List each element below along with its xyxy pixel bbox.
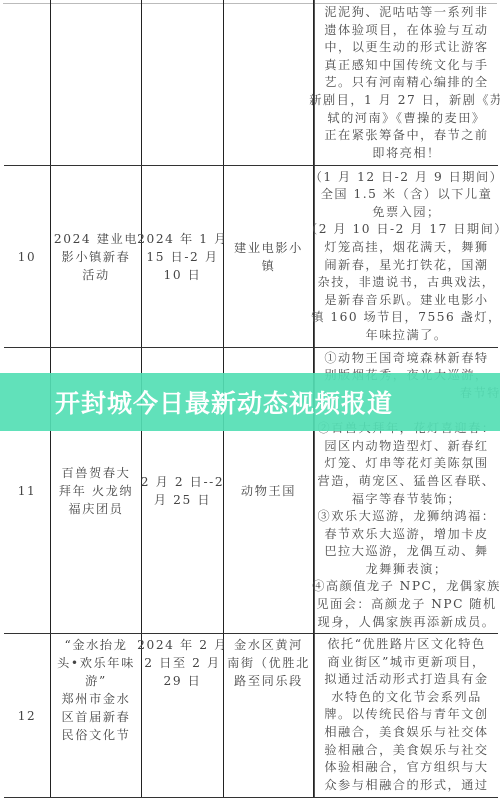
banner-title: 开封城今日最新动态视频报道 xyxy=(55,384,393,420)
desc-line: 遗体验项目，在体验与互动 xyxy=(309,22,500,40)
desc-line: （1 月 12 日-2 月 9 日期间） xyxy=(305,169,500,187)
title-banner: 开封城今日最新动态视频报道 xyxy=(0,373,500,431)
desc-line: 见面会：高颜龙子 NPC 随机 xyxy=(312,596,500,614)
name-line: 活动 xyxy=(54,266,138,284)
desc-line: 牌。以传统民俗与青年文创 xyxy=(324,706,488,724)
name-line: 郑州市金水 xyxy=(57,690,135,708)
cell-venue xyxy=(224,0,314,165)
venue-line: 动物王国 xyxy=(241,482,296,500)
cell-date: 2024 年 2 月 2 日至 2 月 29 日 xyxy=(142,634,224,797)
desc-line: ③欢乐大巡游，龙狮纳鸿福： xyxy=(312,508,500,526)
name-line: 游” xyxy=(57,672,135,690)
name-line: 头•欢乐年味 xyxy=(57,654,135,672)
desc-line: 真正感知中国传统文化与手 xyxy=(309,57,500,75)
name-line: 民俗文化节 xyxy=(57,726,135,744)
cell-venue: 金水区黄河 南街（优胜北 路至同乐段 xyxy=(224,634,314,797)
desc-line: 验相融合，美食娱乐与社交 xyxy=(324,742,488,760)
description-text: （1 月 12 日-2 月 9 日期间） 全国 1.5 米（含）以下儿童 免票入… xyxy=(305,169,500,345)
desc-line: 依托“优胜路片区文化特色 xyxy=(324,636,488,654)
name-line: 2024 建业电 xyxy=(54,230,138,248)
name-line: 福庆团员 xyxy=(59,500,133,518)
cell-no: 12 xyxy=(4,634,51,797)
desc-line: 水特色的文化节会系列品 xyxy=(324,689,488,707)
desc-line: 泥泥狗、泥咕咕等一系列非 xyxy=(309,4,500,22)
desc-line: 镇 160 场节目，7556 盏灯， xyxy=(305,309,500,327)
name-line: “金水抬龙 xyxy=(57,636,135,654)
desc-line: 灯笼、灯串等花灯美陈氛围 xyxy=(312,455,500,473)
document-page: 泥泥狗、泥咕咕等一系列非 遗体验项目，在体验与互动 中，以更生动的形式让游客 真… xyxy=(0,0,500,804)
desc-line: 现身，人偶家族再添新成员。 xyxy=(312,614,500,632)
date-line: 2 日至 2 月 xyxy=(137,654,228,672)
date-line: 29 日 xyxy=(137,672,228,690)
description-text: 依托“优胜路片区文化特色 商业街区”城市更新项目， 拟通过活动形式打造具有金 水… xyxy=(324,636,488,794)
desc-line: 众参与相融合的形式，通过 xyxy=(324,777,488,795)
cell-name xyxy=(51,0,142,165)
desc-line: 福字等春节装饰； xyxy=(312,491,500,509)
cell-description: 泥泥狗、泥咕咕等一系列非 遗体验项目，在体验与互动 中，以更生动的形式让游客 真… xyxy=(314,0,498,165)
desc-line: 龙舞狮表演； xyxy=(312,561,500,579)
desc-line: 正在紧张筹备中，春节之前 xyxy=(309,127,500,145)
venue-line: 南街（优胜北 xyxy=(227,654,310,672)
cell-date xyxy=(142,0,224,165)
date-line: 2024 年 2 月 xyxy=(137,636,228,654)
desc-line: （2 月 10 日-2 月 17 日期间） xyxy=(305,221,500,239)
table-row: 12 “金水抬龙 头•欢乐年味 游” 郑州市金水 区首届新春 民俗文化节 202… xyxy=(4,634,498,798)
cell-venue: 建业电影小 镇 xyxy=(224,166,314,347)
desc-line: 年味拉满了。 xyxy=(305,327,500,345)
name-line: 区首届新春 xyxy=(57,708,135,726)
desc-line: 艺。只有河南精心编排的全 xyxy=(309,74,500,92)
desc-line: 体验相融合，官方组织与大 xyxy=(324,759,488,777)
desc-line: 商业街区”城市更新项目， xyxy=(324,654,488,672)
desc-line: 是新春音乐趴。建业电影小 xyxy=(305,292,500,310)
venue-line: 金水区黄河 xyxy=(227,636,310,654)
cell-name: “金水抬龙 头•欢乐年味 游” 郑州市金水 区首届新春 民俗文化节 xyxy=(51,634,142,797)
desc-line: 巴拉大巡游，龙偶互动、舞 xyxy=(312,543,500,561)
desc-line: ④高颜值龙子 NPC，龙偶家族 xyxy=(312,578,500,596)
cell-description: 依托“优胜路片区文化特色 商业街区”城市更新项目， 拟通过活动形式打造具有金 水… xyxy=(314,634,498,797)
date-line: 2024 年 1 月 xyxy=(137,230,228,248)
name-line: 影小镇新春 xyxy=(54,248,138,266)
date-line: 2 月 2 日--2 xyxy=(141,473,225,491)
name-line: 拜年 火龙纳 xyxy=(59,482,133,500)
cell-description: （1 月 12 日-2 月 9 日期间） 全国 1.5 米（含）以下儿童 免票入… xyxy=(314,166,498,347)
desc-line: 新剧目，1 月 27 日，新剧《苏 xyxy=(309,92,500,110)
desc-line: 春节欢乐大巡游，增加卡皮 xyxy=(312,526,500,544)
desc-line: 灯笼高挂，烟花满天，舞狮 xyxy=(305,239,500,257)
desc-line: 即将亮相！ xyxy=(309,145,500,163)
venue-line: 路至同乐段 xyxy=(227,672,310,690)
cell-no: 10 xyxy=(4,166,51,347)
desc-line: 闹新春，星光打铁花，国潮 xyxy=(305,257,500,275)
desc-line: 中，以更生动的形式让游客 xyxy=(309,39,500,57)
desc-line: 拟通过活动形式打造具有金 xyxy=(324,671,488,689)
venue-line: 建业电影小 xyxy=(234,239,303,257)
table-row: 10 2024 建业电 影小镇新春 活动 2024 年 1 月 15 日-2 月… xyxy=(4,166,498,348)
desc-line: 全国 1.5 米（含）以下儿童 xyxy=(305,186,500,204)
desc-line: 杂技，非遗说书，古典戏法， xyxy=(305,274,500,292)
desc-line: 营造，萌宠区、猛兽区春联、 xyxy=(312,473,500,491)
cell-date: 2024 年 1 月 15 日-2 月 10 日 xyxy=(142,166,224,347)
venue-line: 镇 xyxy=(234,257,303,275)
desc-line: 轼的河南》《曹操的麦田》 xyxy=(309,110,500,128)
desc-line: 免票入园； xyxy=(305,204,500,222)
desc-line: 园区内动物造型灯、新春红 xyxy=(312,438,500,456)
name-line: 百兽贺春大 xyxy=(59,464,133,482)
date-line: 15 日-2 月 xyxy=(137,248,228,266)
desc-line: 相融合，美食娱乐与社交体 xyxy=(324,724,488,742)
date-line: 10 日 xyxy=(137,266,228,284)
cell-no xyxy=(4,0,51,165)
desc-line: ①动物王国奇境森林新春特 xyxy=(312,350,500,368)
table-row: 泥泥狗、泥咕咕等一系列非 遗体验项目，在体验与互动 中，以更生动的形式让游客 真… xyxy=(4,0,498,166)
cell-name: 2024 建业电 影小镇新春 活动 xyxy=(51,166,142,347)
date-line: 月 25 日 xyxy=(141,491,225,509)
description-text: 泥泥狗、泥咕咕等一系列非 遗体验项目，在体验与互动 中，以更生动的形式让游客 真… xyxy=(309,4,500,162)
